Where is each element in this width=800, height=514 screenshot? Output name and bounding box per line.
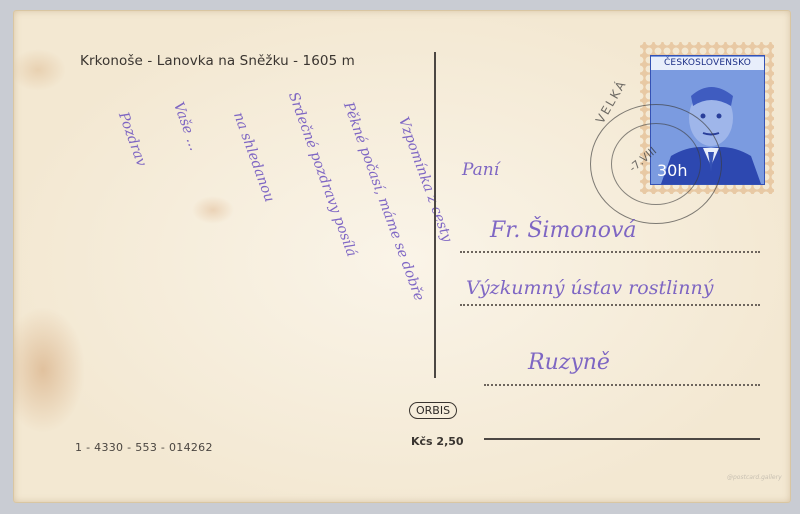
postmark: VELKÁ -7.VIII bbox=[590, 104, 722, 224]
address-name: Fr. Šimonová bbox=[490, 218, 637, 243]
publisher-logo: ORBIS bbox=[409, 402, 457, 419]
address-line-solid bbox=[484, 438, 760, 440]
address-line bbox=[460, 251, 760, 253]
address-line-2: Výzkumný ústav rostlinný bbox=[466, 277, 713, 299]
stamp-country: ČESKOSLOVENSKO bbox=[651, 57, 764, 70]
address-salutation: Paní bbox=[462, 160, 499, 180]
address-line bbox=[460, 304, 760, 306]
price: Kčs 2,50 bbox=[411, 435, 464, 448]
print-code: 1 - 4330 - 553 - 014262 bbox=[75, 441, 213, 454]
watermark: @postcard.gallery bbox=[727, 474, 782, 481]
address-line bbox=[484, 384, 760, 386]
postcard-title: Krkonoše - Lanovka na Sněžku - 1605 m bbox=[80, 53, 355, 69]
vertical-divider bbox=[434, 52, 436, 378]
postmark-inner-ring bbox=[611, 123, 701, 205]
address-city: Ruzyně bbox=[528, 350, 610, 375]
